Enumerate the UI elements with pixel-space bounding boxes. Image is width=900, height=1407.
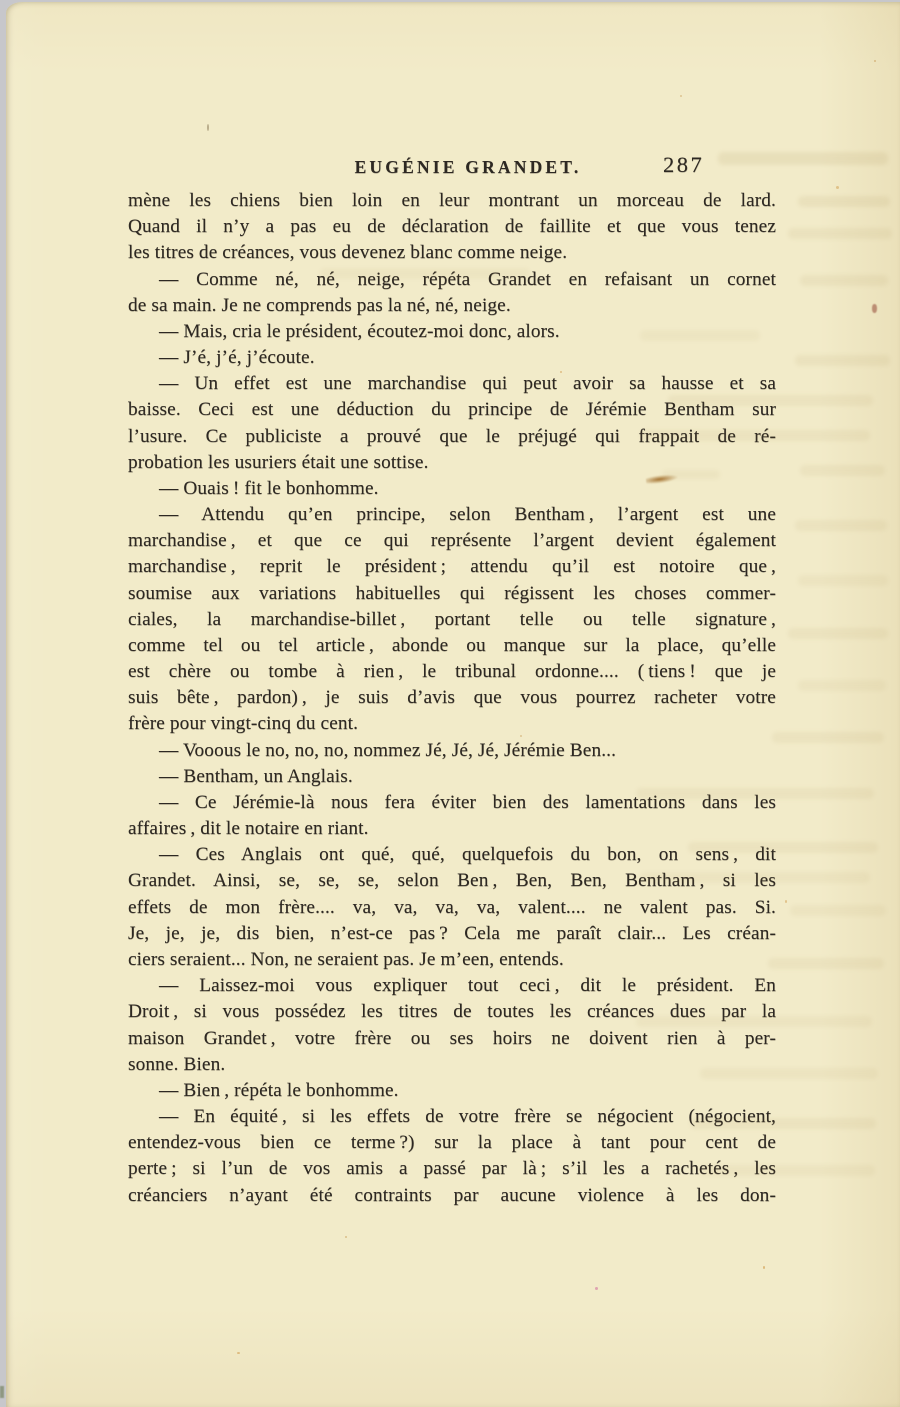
paper-speck bbox=[237, 1352, 240, 1354]
text-line: soumise aux variations habituelles qui r… bbox=[128, 581, 776, 607]
text-line: frère pour vingt-cinq du cent. bbox=[128, 711, 776, 737]
text-line: comme tel ou tel article , abonde ou man… bbox=[128, 633, 776, 659]
show-through-mark bbox=[795, 520, 887, 531]
paper-speck bbox=[874, 60, 876, 62]
show-through-mark bbox=[718, 152, 888, 165]
text-line: — Ce Jérémie-là nous fera éviter bien de… bbox=[128, 790, 776, 816]
show-through-mark bbox=[788, 628, 888, 639]
text-line: suis bête , pardon) , je suis d’avis que… bbox=[128, 685, 776, 711]
text-line: les titres de créances, vous devenez bla… bbox=[128, 240, 776, 266]
page-number: 287 bbox=[663, 152, 704, 178]
text-line: Droit , si vous possédez les titres de t… bbox=[128, 999, 776, 1025]
paper-speck bbox=[680, 95, 682, 97]
show-through-mark bbox=[800, 465, 885, 476]
text-line: — Comme né, né, neige, répéta Grandet en… bbox=[128, 267, 776, 293]
green-edge-mark bbox=[0, 1386, 4, 1398]
text-line: mène les chiens bien loin en leur montra… bbox=[128, 188, 776, 214]
text-line: — Laissez-moi vous expliquer tout ceci ,… bbox=[128, 973, 776, 999]
show-through-mark bbox=[768, 958, 884, 969]
text-line: — En équité , si les effets de votre frè… bbox=[128, 1104, 776, 1130]
text-line: de sa main. Je ne comprends pas la né, n… bbox=[128, 293, 776, 319]
show-through-mark bbox=[795, 355, 890, 366]
text-line: sonne. Bien. bbox=[128, 1052, 776, 1078]
text-line: l’usure. Ce publiciste a prouvé que le p… bbox=[128, 424, 776, 450]
show-through-mark bbox=[798, 680, 886, 691]
paper-speck bbox=[785, 900, 787, 903]
text-line: créanciers n’ayant été contraints par au… bbox=[128, 1183, 776, 1209]
text-line: — Attendu qu’en principe, selon Bentham … bbox=[128, 502, 776, 528]
text-line: marchandise , reprit le président ; atte… bbox=[128, 554, 776, 580]
text-line: baisse. Ceci est une déduction du princi… bbox=[128, 397, 776, 423]
paper-speck bbox=[595, 1287, 598, 1290]
paper-speck bbox=[207, 124, 209, 131]
red-edge-mark bbox=[872, 304, 877, 313]
paper-speck bbox=[763, 1266, 765, 1269]
show-through-mark bbox=[788, 228, 892, 239]
text-line: Grandet. Ainsi, se, se, se, selon Ben , … bbox=[128, 868, 776, 894]
text-line: perte ; si l’un de vos amis a passé par … bbox=[128, 1156, 776, 1182]
book-page: EUGÉNIE GRANDET. 287 mène les chiens bie… bbox=[6, 2, 900, 1407]
paper-speck bbox=[345, 1236, 347, 1238]
show-through-mark bbox=[772, 732, 884, 743]
text-line: est chère ou tombe à rien , le tribunal … bbox=[128, 659, 776, 685]
text-line: maison Grandet , votre frère ou ses hoir… bbox=[128, 1026, 776, 1052]
text-line: entendez-vous bien ce terme ?) sur la pl… bbox=[128, 1130, 776, 1156]
show-through-mark bbox=[798, 575, 888, 586]
show-through-mark bbox=[790, 905, 886, 916]
text-block: mène les chiens bien loin en leur montra… bbox=[128, 188, 776, 1209]
text-line: ciales, la marchandise-billet , portant … bbox=[128, 607, 776, 633]
text-line: — Un effet est une marchandise qui peut … bbox=[128, 371, 776, 397]
text-line: probation les usuriers était une sottise… bbox=[128, 450, 776, 476]
running-title: EUGÉNIE GRANDET. bbox=[355, 157, 582, 178]
paper-speck bbox=[836, 186, 839, 189]
text-line: Je, je, je, dis bien, n’est-ce pas ? Cel… bbox=[128, 921, 776, 947]
text-line: Quand il n’y a pas eu de déclaration de … bbox=[128, 214, 776, 240]
text-line: affaires , dit le notaire en riant. bbox=[128, 816, 776, 842]
show-through-mark bbox=[798, 196, 890, 207]
text-line: marchandise , et que ce qui représente l… bbox=[128, 528, 776, 554]
text-line: — J’é, j’é, j’écoute. bbox=[128, 345, 776, 371]
text-line: — Bien , répéta le bonhomme. bbox=[128, 1078, 776, 1104]
text-line: — Ouais ! fit le bonhomme. bbox=[128, 476, 776, 502]
text-line: — Bentham, un Anglais. bbox=[128, 764, 776, 790]
text-line: effets de mon frère.... va, va, va, va, … bbox=[128, 895, 776, 921]
text-line: ciers seraient... Non, ne seraient pas. … bbox=[128, 947, 776, 973]
scanned-book-page: { "page": { "colors": { "paper": "#f2ebc… bbox=[0, 0, 900, 1407]
text-line: — Vooous le no, no, no, nommez Jé, Jé, J… bbox=[128, 738, 776, 764]
show-through-mark bbox=[800, 275, 888, 286]
text-line: — Mais, cria le président, écoutez-moi d… bbox=[128, 319, 776, 345]
text-line: — Ces Anglais ont qué, qué, quelquefois … bbox=[128, 842, 776, 868]
